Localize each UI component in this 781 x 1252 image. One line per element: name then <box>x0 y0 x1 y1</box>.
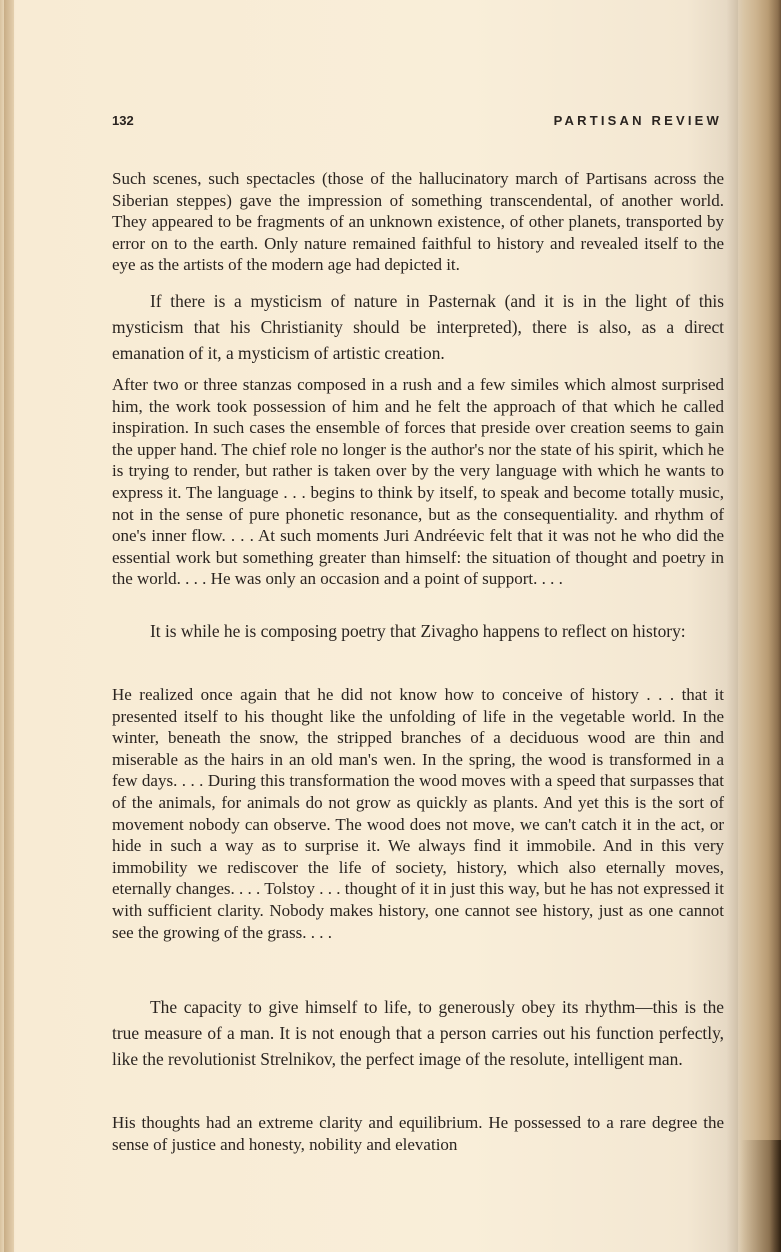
page-header: 132 PARTISAN REVIEW <box>112 113 722 133</box>
book-spine-shadow <box>738 0 781 1252</box>
paragraph-zivagho-history: It is while he is composing poetry that … <box>112 618 724 644</box>
book-page: 132 PARTISAN REVIEW Such scenes, such sp… <box>0 0 781 1252</box>
page-left-edge <box>4 0 14 1252</box>
running-head: PARTISAN REVIEW <box>554 113 722 128</box>
spine-bottom-shadow <box>740 1140 781 1252</box>
page-number: 132 <box>112 113 134 128</box>
quote-paragraph-history: He realized once again that he did not k… <box>112 684 724 943</box>
quote-paragraph-thoughts: His thoughts had an extreme clarity and … <box>112 1112 724 1155</box>
paragraph-mysticism: If there is a mysticism of nature in Pas… <box>112 288 724 366</box>
quote-paragraph-inspiration: After two or three stanzas composed in a… <box>112 374 724 590</box>
quote-paragraph-scenes: Such scenes, such spectacles (those of t… <box>112 168 724 276</box>
paragraph-capacity: The capacity to give himself to life, to… <box>112 994 724 1072</box>
